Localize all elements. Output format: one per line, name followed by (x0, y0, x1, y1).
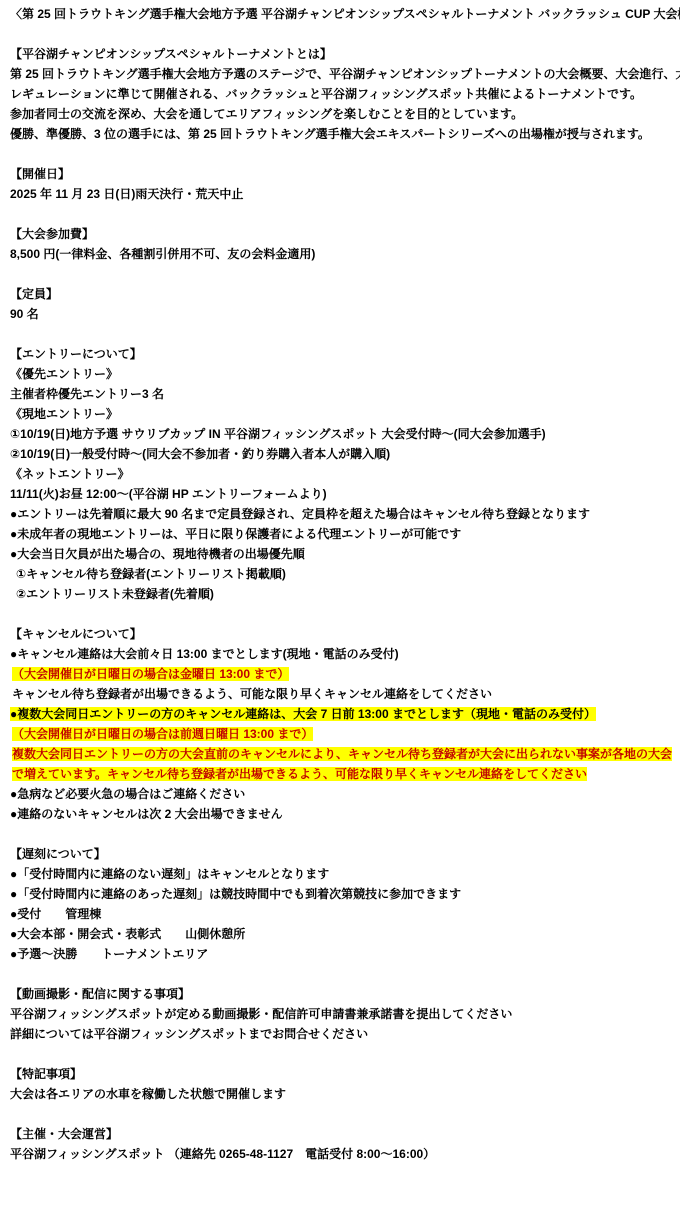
text-run: 大会は各エリアの水車を稼働した状態で開催します (10, 1087, 286, 1101)
text-run: ●急病など必要火急の場合はご連絡ください (10, 787, 245, 801)
text-line: ②10/19(日)一般受付時～(同大会不参加者・釣り券購入者本人が購入順) (10, 444, 674, 464)
text-line: 《ネットエントリー》 (10, 464, 674, 484)
text-line: ●急病など必要火急の場合はご連絡ください (10, 784, 674, 804)
text-run: 主催者枠優先エントリー3 名 (10, 387, 164, 401)
section: 【平谷湖チャンピオンシップスペシャルトーナメントとは】第 25 回トラウトキング… (10, 44, 674, 144)
text-run: 《ネットエントリー》 (10, 467, 130, 481)
text-run: ●未成年者の現地エントリーは、平日に限り保護者による代理エントリーが可能です (10, 527, 461, 541)
highlighted-text-run: （大会開催日が日曜日の場合は前週日曜日 13:00 まで） (12, 727, 313, 741)
text-line: 複数大会同日エントリーの方の大会直前のキャンセルにより、キャンセル待ち登録者が大… (10, 744, 674, 764)
text-line: 平谷湖フィッシングスポット （連絡先 0265-48-1127 電話受付 8:0… (10, 1144, 674, 1164)
section-heading: 【特記事項】 (10, 1064, 674, 1084)
text-run: ●キャンセル連絡は大会前々日 13:00 までとします(現地・電話のみ受付) (10, 647, 399, 661)
text-line: ●「受付時間内に連絡のあった遅刻」は競技時間中でも到着次第競技に参加できます (10, 884, 674, 904)
document-page: 〈第 25 回トラウトキング選手権大会地方予選 平谷湖チャンピオンシップスペシャ… (0, 0, 680, 1231)
text-line: 第 25 回トラウトキング選手権大会地方予選のステージで、平谷湖チャンピオンシッ… (10, 64, 674, 84)
text-run: 平谷湖フィッシングスポットが定める動画撮影・配信許可申請書兼承諾書を提出してくだ… (10, 1007, 512, 1021)
section-heading: 【主催・大会運営】 (10, 1124, 674, 1144)
section-heading: 【動画撮影・配信に関する事項】 (10, 984, 674, 1004)
highlighted-text-run: ●複数大会同日エントリーの方のキャンセル連絡は、大会 7 日前 13:00 まで… (10, 707, 596, 721)
text-run: 90 名 (10, 307, 39, 321)
text-line: ●大会当日欠員が出た場合の、現地待機者の出場優先順 (10, 544, 674, 564)
text-run: ●連絡のないキャンセルは次 2 大会出場できません (10, 807, 283, 821)
text-run: ●受付 管理棟 (10, 907, 101, 921)
text-run: ●「受付時間内に連絡のあった遅刻」は競技時間中でも到着次第競技に参加できます (10, 887, 461, 901)
text-run: ②エントリーリスト未登録者(先着順) (16, 587, 214, 601)
text-run: 参加者同士の交流を深め、大会を通してエリアフィッシングを楽しむことを目的としてい… (10, 107, 523, 121)
text-run: 2025 年 11 月 23 日(日)雨天決行・荒天中止 (10, 187, 243, 201)
text-run: 《優先エントリー》 (10, 367, 118, 381)
text-line: キャンセル待ち登録者が出場できるよう、可能な限り早くキャンセル連絡をしてください (10, 684, 674, 704)
document-title: 〈第 25 回トラウトキング選手権大会地方予選 平谷湖チャンピオンシップスペシャ… (10, 4, 674, 24)
section: 【遅刻について】●「受付時間内に連絡のない遅刻」はキャンセルとなります●「受付時… (10, 844, 674, 964)
section-heading: 【キャンセルについて】 (10, 624, 674, 644)
text-run: ●エントリーは先着順に最大 90 名まで定員登録され、定員枠を超えた場合はキャン… (10, 507, 590, 521)
text-run: ①10/19(日)地方予選 サウリブカップ IN 平谷湖フィッシングスポット 大… (10, 427, 546, 441)
text-run: 詳細については平谷湖フィッシングスポットまでお問合せください (10, 1027, 368, 1041)
text-line: ●予選～決勝 トーナメントエリア (10, 944, 674, 964)
text-line: 参加者同士の交流を深め、大会を通してエリアフィッシングを楽しむことを目的としてい… (10, 104, 674, 124)
section: 【エントリーについて】《優先エントリー》主催者枠優先エントリー3 名《現地エント… (10, 344, 674, 604)
text-line: 大会は各エリアの水車を稼働した状態で開催します (10, 1084, 674, 1104)
text-run: ●「受付時間内に連絡のない遅刻」はキャンセルとなります (10, 867, 329, 881)
text-line: ●「受付時間内に連絡のない遅刻」はキャンセルとなります (10, 864, 674, 884)
text-line: ●連絡のないキャンセルは次 2 大会出場できません (10, 804, 674, 824)
text-run: 11/11(火)お昼 12:00～(平谷湖 HP エントリーフォームより) (10, 487, 327, 501)
text-run: 《現地エントリー》 (10, 407, 118, 421)
text-line: レギュレーションに準じて開催される、バックラッシュと平谷湖フィッシングスポット共… (10, 84, 674, 104)
section: 【動画撮影・配信に関する事項】平谷湖フィッシングスポットが定める動画撮影・配信許… (10, 984, 674, 1044)
text-run: 平谷湖フィッシングスポット （連絡先 0265-48-1127 電話受付 8:0… (10, 1147, 435, 1161)
text-line: ●未成年者の現地エントリーは、平日に限り保護者による代理エントリーが可能です (10, 524, 674, 544)
section-heading: 【定員】 (10, 284, 674, 304)
text-line: 優勝、準優勝、3 位の選手には、第 25 回トラウトキング選手権大会エキスパート… (10, 124, 674, 144)
text-run: ●大会当日欠員が出た場合の、現地待機者の出場優先順 (10, 547, 305, 561)
text-line: ●キャンセル連絡は大会前々日 13:00 までとします(現地・電話のみ受付) (10, 644, 674, 664)
text-line: で増えています。キャンセル待ち登録者が出場できるよう、可能な限り早くキャンセル連… (10, 764, 674, 784)
text-line: 平谷湖フィッシングスポットが定める動画撮影・配信許可申請書兼承諾書を提出してくだ… (10, 1004, 674, 1024)
section: 【開催日】2025 年 11 月 23 日(日)雨天決行・荒天中止 (10, 164, 674, 204)
section-heading: 【エントリーについて】 (10, 344, 674, 364)
text-line: ②エントリーリスト未登録者(先着順) (10, 584, 674, 604)
text-line: （大会開催日が日曜日の場合は金曜日 13:00 まで） (10, 664, 674, 684)
document-body: 【平谷湖チャンピオンシップスペシャルトーナメントとは】第 25 回トラウトキング… (10, 44, 674, 1164)
text-run: 優勝、準優勝、3 位の選手には、第 25 回トラウトキング選手権大会エキスパート… (10, 127, 650, 141)
section: 【特記事項】大会は各エリアの水車を稼働した状態で開催します (10, 1064, 674, 1104)
highlighted-text-run: （大会開催日が日曜日の場合は金曜日 13:00 まで） (12, 667, 289, 681)
text-run: レギュレーションに準じて開催される、バックラッシュと平谷湖フィッシングスポット共… (10, 87, 642, 101)
text-line: 90 名 (10, 304, 674, 324)
highlighted-text-run: 複数大会同日エントリーの方の大会直前のキャンセルにより、キャンセル待ち登録者が大… (12, 747, 672, 761)
section-heading: 【開催日】 (10, 164, 674, 184)
text-run: 第 25 回トラウトキング選手権大会地方予選のステージで、平谷湖チャンピオンシッ… (10, 67, 680, 81)
text-line: 2025 年 11 月 23 日(日)雨天決行・荒天中止 (10, 184, 674, 204)
text-line: ①10/19(日)地方予選 サウリブカップ IN 平谷湖フィッシングスポット 大… (10, 424, 674, 444)
text-line: 《現地エントリー》 (10, 404, 674, 424)
section-heading: 【遅刻について】 (10, 844, 674, 864)
text-run: キャンセル待ち登録者が出場できるよう、可能な限り早くキャンセル連絡をしてください (12, 687, 492, 701)
text-run: ●大会本部・開会式・表彰式 山側休憩所 (10, 927, 245, 941)
text-line: 11/11(火)お昼 12:00～(平谷湖 HP エントリーフォームより) (10, 484, 674, 504)
highlighted-text-run: で増えています。キャンセル待ち登録者が出場できるよう、可能な限り早くキャンセル連… (12, 767, 587, 781)
text-line: 8,500 円(一律料金、各種割引併用不可、友の会料金適用) (10, 244, 674, 264)
text-line: 《優先エントリー》 (10, 364, 674, 384)
section: 【定員】90 名 (10, 284, 674, 324)
text-run: 8,500 円(一律料金、各種割引併用不可、友の会料金適用) (10, 247, 315, 261)
text-line: （大会開催日が日曜日の場合は前週日曜日 13:00 まで） (10, 724, 674, 744)
section: 【大会参加費】8,500 円(一律料金、各種割引併用不可、友の会料金適用) (10, 224, 674, 264)
section-heading: 【平谷湖チャンピオンシップスペシャルトーナメントとは】 (10, 44, 674, 64)
text-line: ●エントリーは先着順に最大 90 名まで定員登録され、定員枠を超えた場合はキャン… (10, 504, 674, 524)
text-line: ●大会本部・開会式・表彰式 山側休憩所 (10, 924, 674, 944)
text-line: 主催者枠優先エントリー3 名 (10, 384, 674, 404)
text-line: ●受付 管理棟 (10, 904, 674, 924)
section: 【キャンセルについて】●キャンセル連絡は大会前々日 13:00 までとします(現… (10, 624, 674, 824)
section-heading: 【大会参加費】 (10, 224, 674, 244)
text-line: 詳細については平谷湖フィッシングスポットまでお問合せください (10, 1024, 674, 1044)
text-run: ●予選～決勝 トーナメントエリア (10, 947, 208, 961)
text-line: ①キャンセル待ち登録者(エントリーリスト掲載順) (10, 564, 674, 584)
text-run: ①キャンセル待ち登録者(エントリーリスト掲載順) (16, 567, 286, 581)
text-run: ②10/19(日)一般受付時～(同大会不参加者・釣り券購入者本人が購入順) (10, 447, 390, 461)
section: 【主催・大会運営】平谷湖フィッシングスポット （連絡先 0265-48-1127… (10, 1124, 674, 1164)
text-line: ●複数大会同日エントリーの方のキャンセル連絡は、大会 7 日前 13:00 まで… (10, 704, 674, 724)
